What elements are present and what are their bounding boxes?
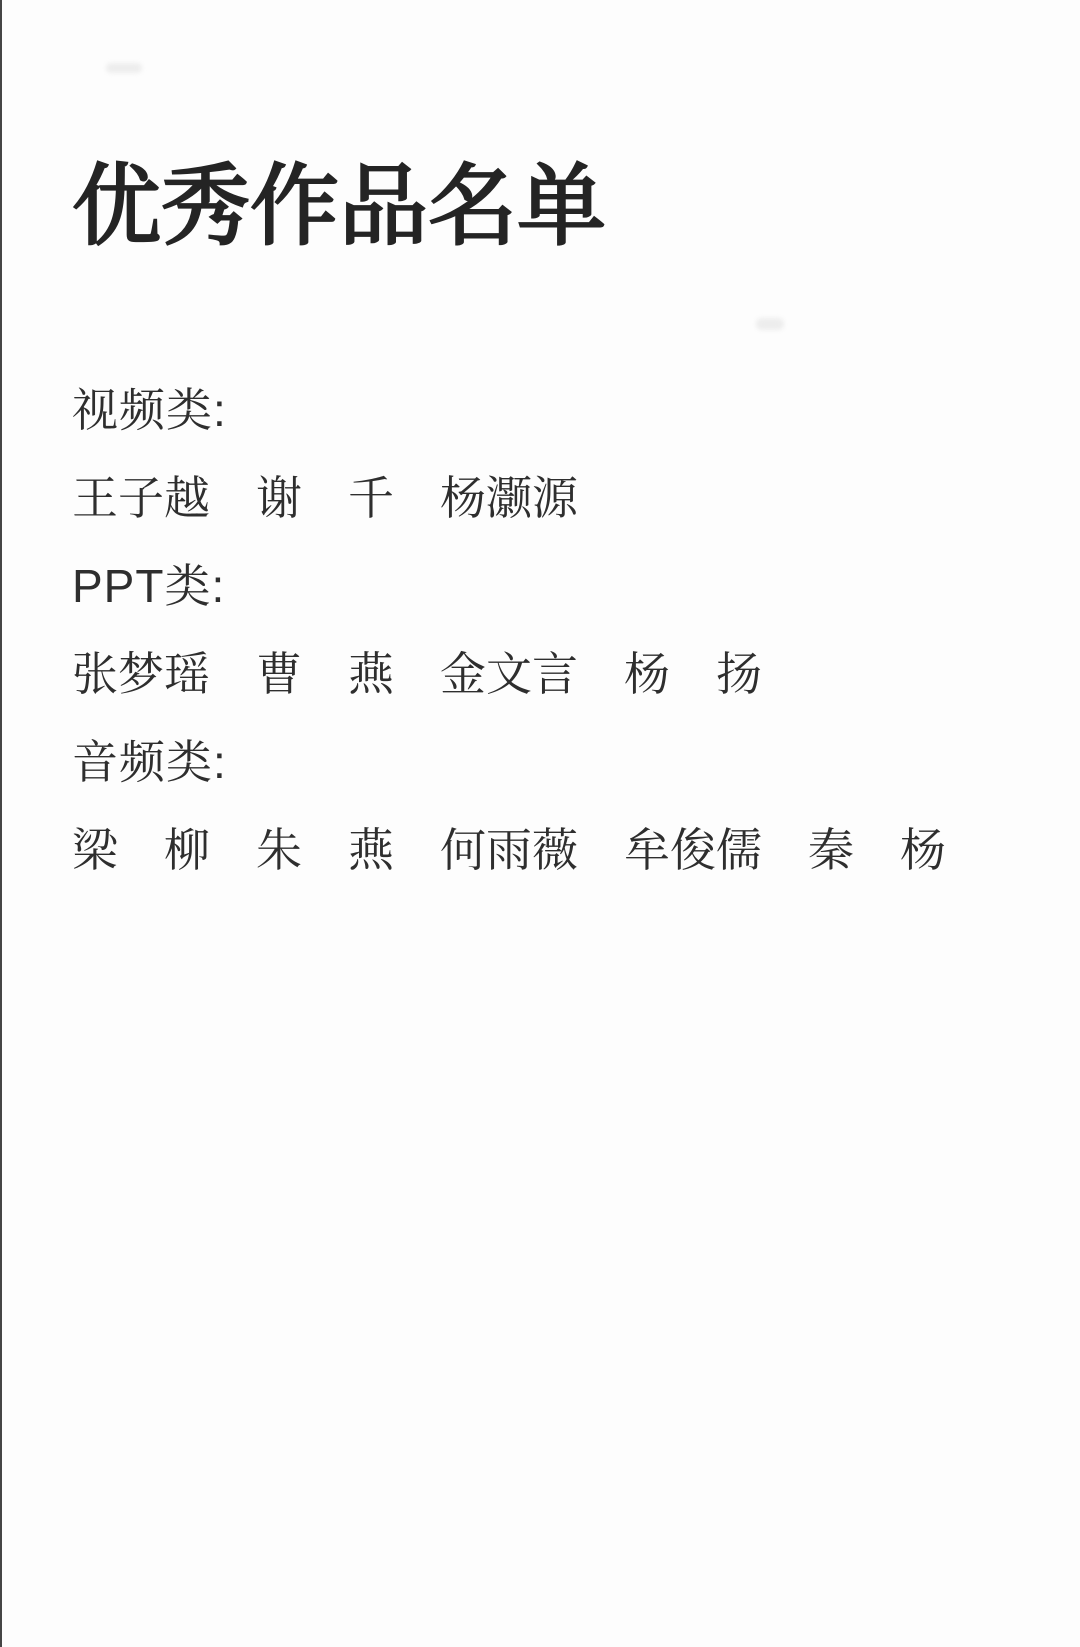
category-label-ppt: PPT类: (72, 559, 225, 614)
left-edge-line (0, 0, 2, 1647)
category-label-video: 视频类: (72, 383, 227, 438)
page-title: 优秀作品名单 (72, 155, 606, 257)
names-audio: 梁 柳 朱 燕 何雨薇 牟俊儒 秦 杨 (72, 823, 946, 878)
names-ppt: 张梦瑶 曹 燕 金文言 杨 扬 (72, 647, 762, 702)
document-page: 优秀作品名单 视频类: 王子越 谢 千 杨灏源 PPT类: 张梦瑶 曹 燕 金文… (0, 0, 1080, 1647)
faint-smudge-middle (756, 318, 784, 330)
names-video: 王子越 谢 千 杨灏源 (72, 471, 578, 526)
faint-smudge-top (106, 63, 142, 73)
category-label-audio: 音频类: (72, 735, 227, 790)
